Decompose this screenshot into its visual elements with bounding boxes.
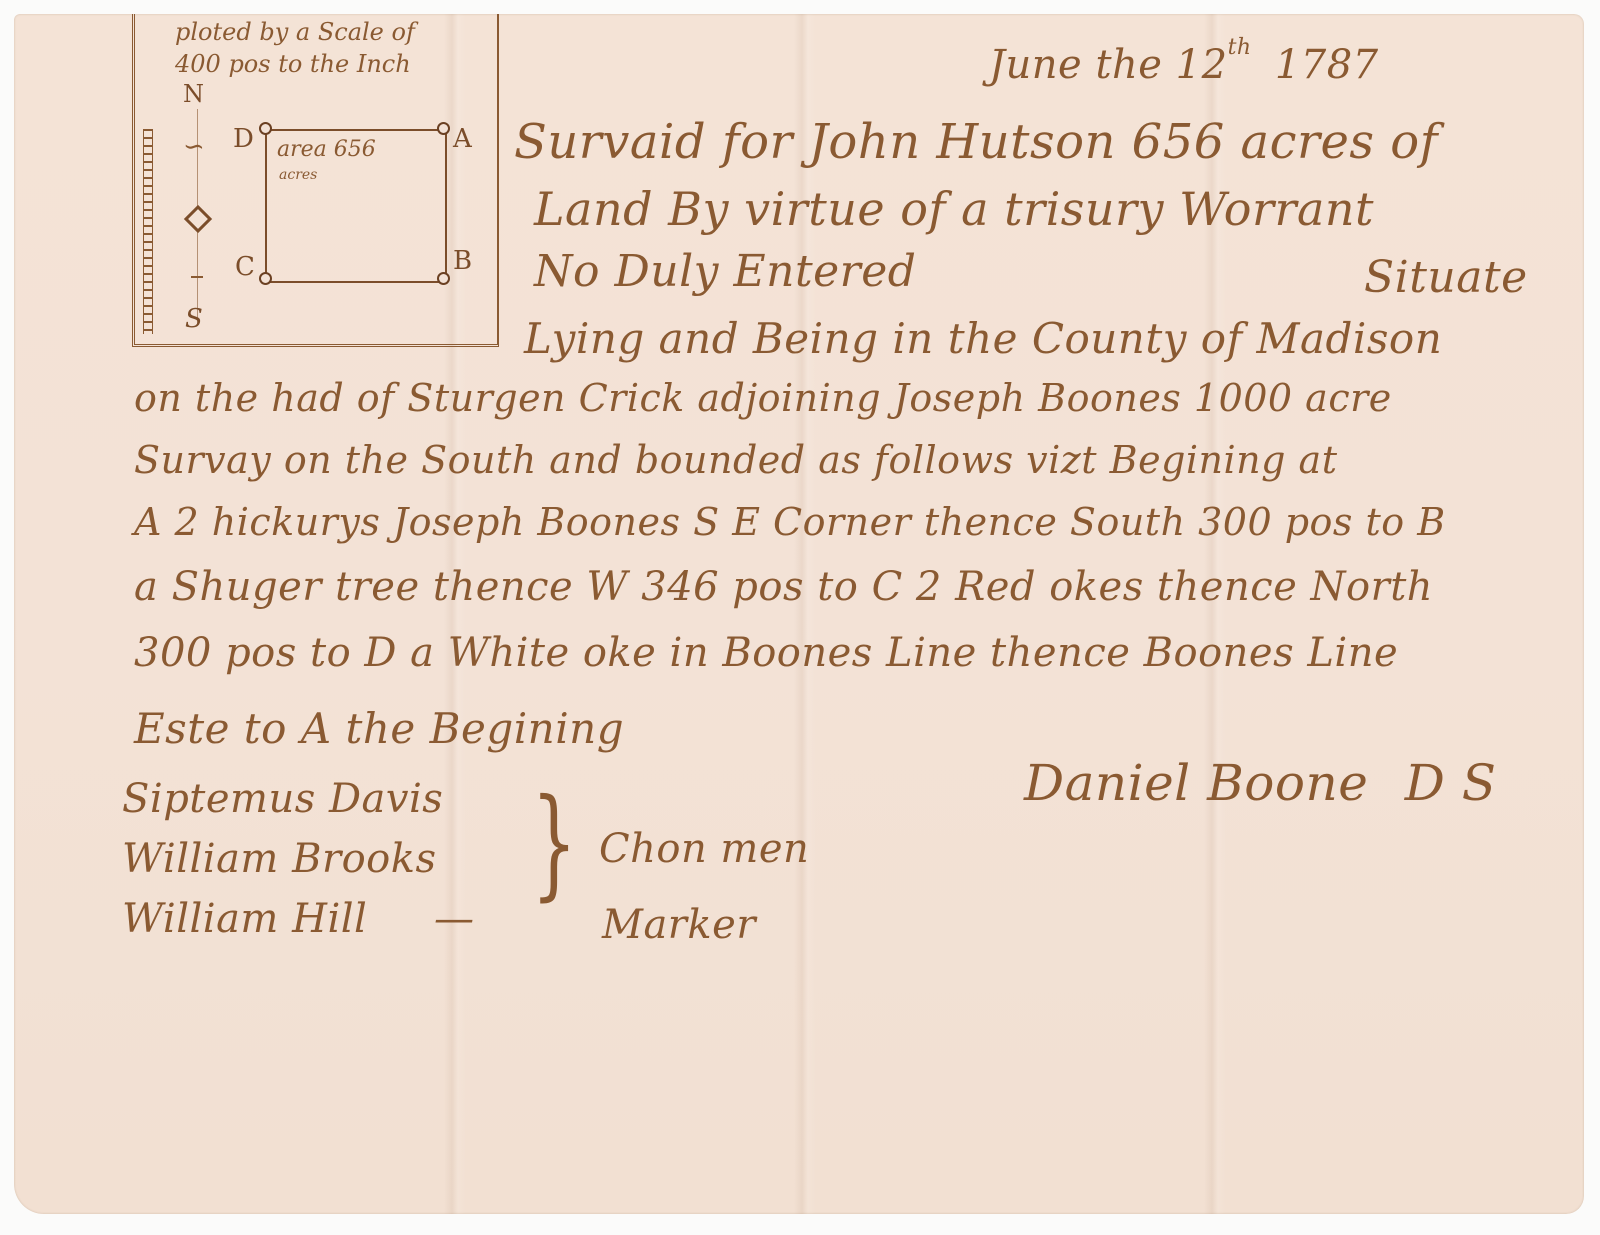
date-year: 1787 [1275,42,1379,88]
body-line-8: a Shuger tree thence W 346 pos to C 2 Re… [134,564,1433,610]
body-line-4: Lying and Being in the County of Madison [524,314,1442,363]
surveyor-signature: Daniel Boone D S [1024,754,1496,812]
signature-name: Daniel Boone [1024,754,1368,812]
corner-a-label: A [453,124,472,154]
corner-d-marker [259,122,272,135]
plat-scale-note-1: ploted by a Scale of [175,18,415,46]
body-line-7: A 2 hickurys Joseph Boones S E Corner th… [134,500,1446,544]
north-label: N [183,80,204,108]
corner-c-label: C [235,252,255,282]
survey-document-paper: ploted by a Scale of 400 pos to the Inch… [14,14,1584,1214]
marker-label: Marker [602,902,756,948]
south-label: S [185,304,203,334]
compass-diamond-icon [184,205,212,233]
brace-icon: } [531,784,577,904]
date-text: June the 12 [989,42,1228,88]
fleur-icon: ∽ [183,132,205,162]
body-line-9: 300 pos to D a White oke in Boones Line … [134,630,1398,676]
corner-a-marker [437,122,450,135]
area-unit: acres [279,167,317,183]
date-suffix: th [1228,35,1252,60]
body-line-6: Survay on the South and bounded as follo… [134,438,1337,482]
scale-bar [143,129,153,334]
body-line-2: Land By virtue of a trisury Worrant [534,182,1374,236]
body-line-1: Survaid for John Hutson 656 acres of [514,114,1438,170]
chain-men-label: Chon men [599,826,809,872]
corner-c-marker [259,272,272,285]
body-line-3: No Duly Entered [534,246,916,297]
tract-boundary: area 656 acres [265,129,447,283]
body-line-10: Este to A the Begining [134,704,624,753]
corner-d-label: D [233,124,254,154]
compass-tick [191,276,203,278]
date-line: June the 12th 1787 [989,42,1379,88]
chain-carrier-3: William Hill [122,896,367,942]
corner-b-label: B [453,246,472,276]
area-label: area 656 [277,137,376,162]
body-line-5: on the had of Sturgen Crick adjoining Jo… [134,376,1392,420]
signature-title: D S [1405,754,1497,812]
body-line-situate: Situate [1364,252,1528,303]
plat-sketch: ploted by a Scale of 400 pos to the Inch… [132,14,499,347]
marker-dash: — [434,896,475,942]
chain-carrier-1: Siptemus Davis [122,776,443,822]
chain-carrier-2: William Brooks [122,836,437,882]
plat-scale-note-2: 400 pos to the Inch [175,50,411,78]
corner-b-marker [437,272,450,285]
